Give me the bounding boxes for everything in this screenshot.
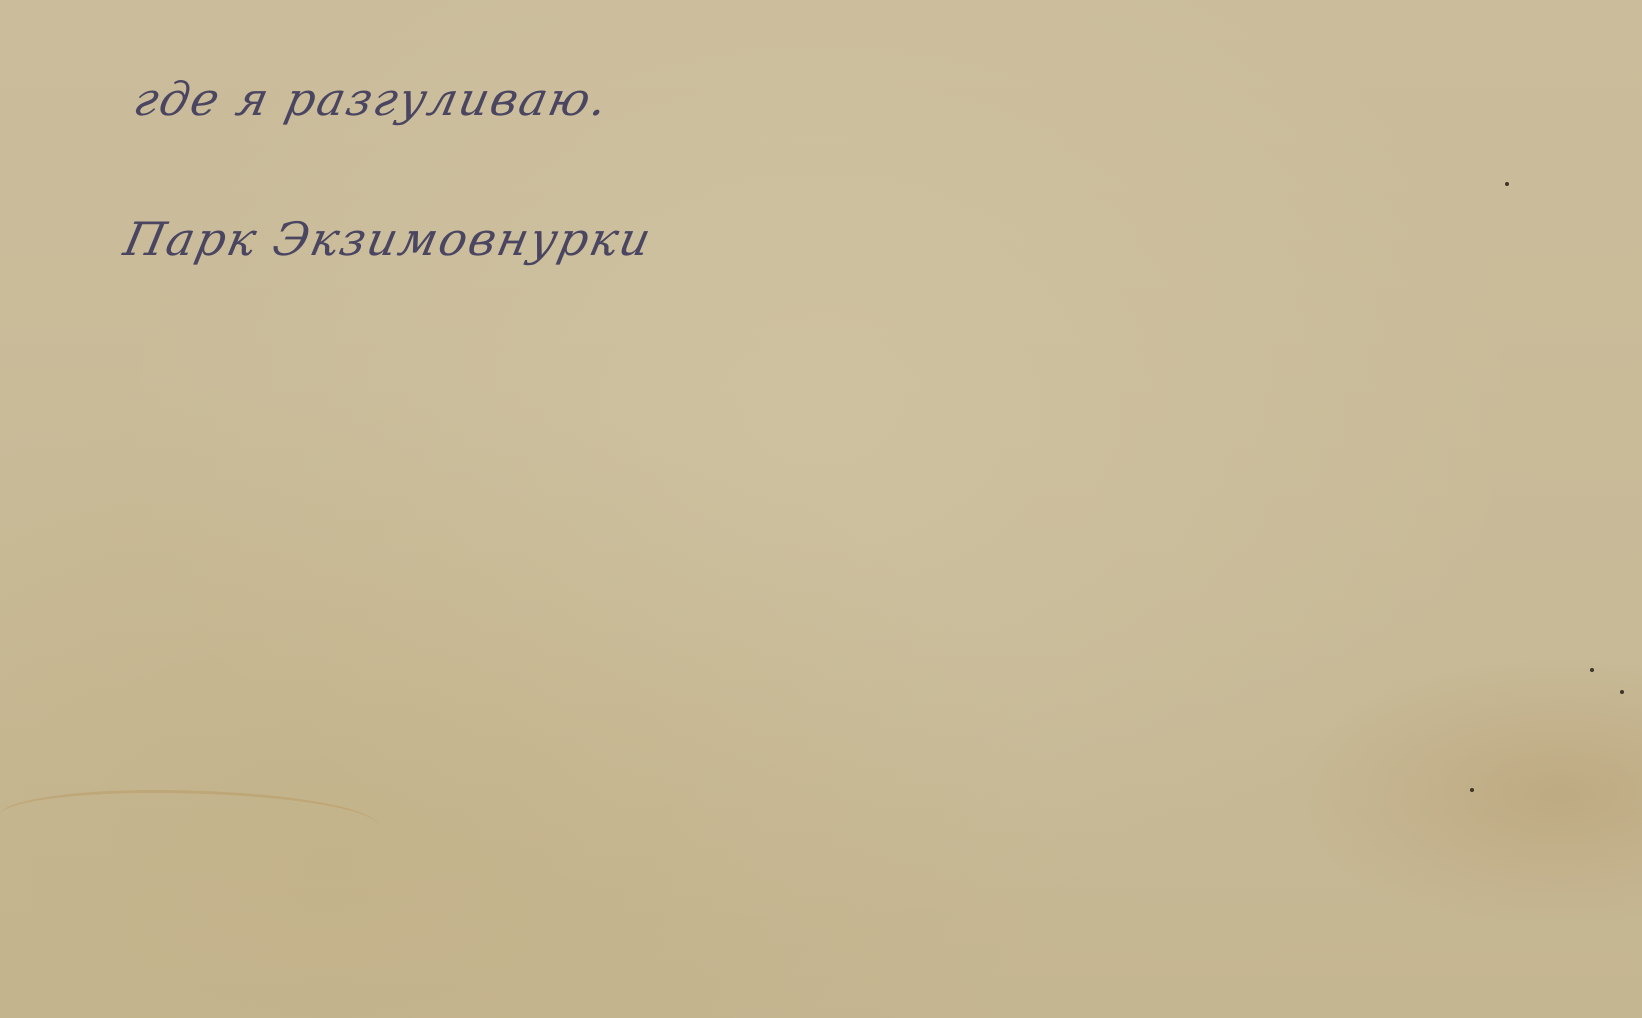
speck (1505, 182, 1509, 186)
photo-back: где я разгуливаю. Парк Экзимовнурки (0, 0, 1642, 1018)
handwritten-line-2: Парк Экзимовнурки (119, 212, 657, 266)
handwritten-line-1: где я разгуливаю. (129, 72, 614, 126)
water-stain (0, 790, 380, 853)
speck (1620, 690, 1624, 694)
speck (1470, 788, 1474, 792)
speck (1590, 668, 1594, 672)
